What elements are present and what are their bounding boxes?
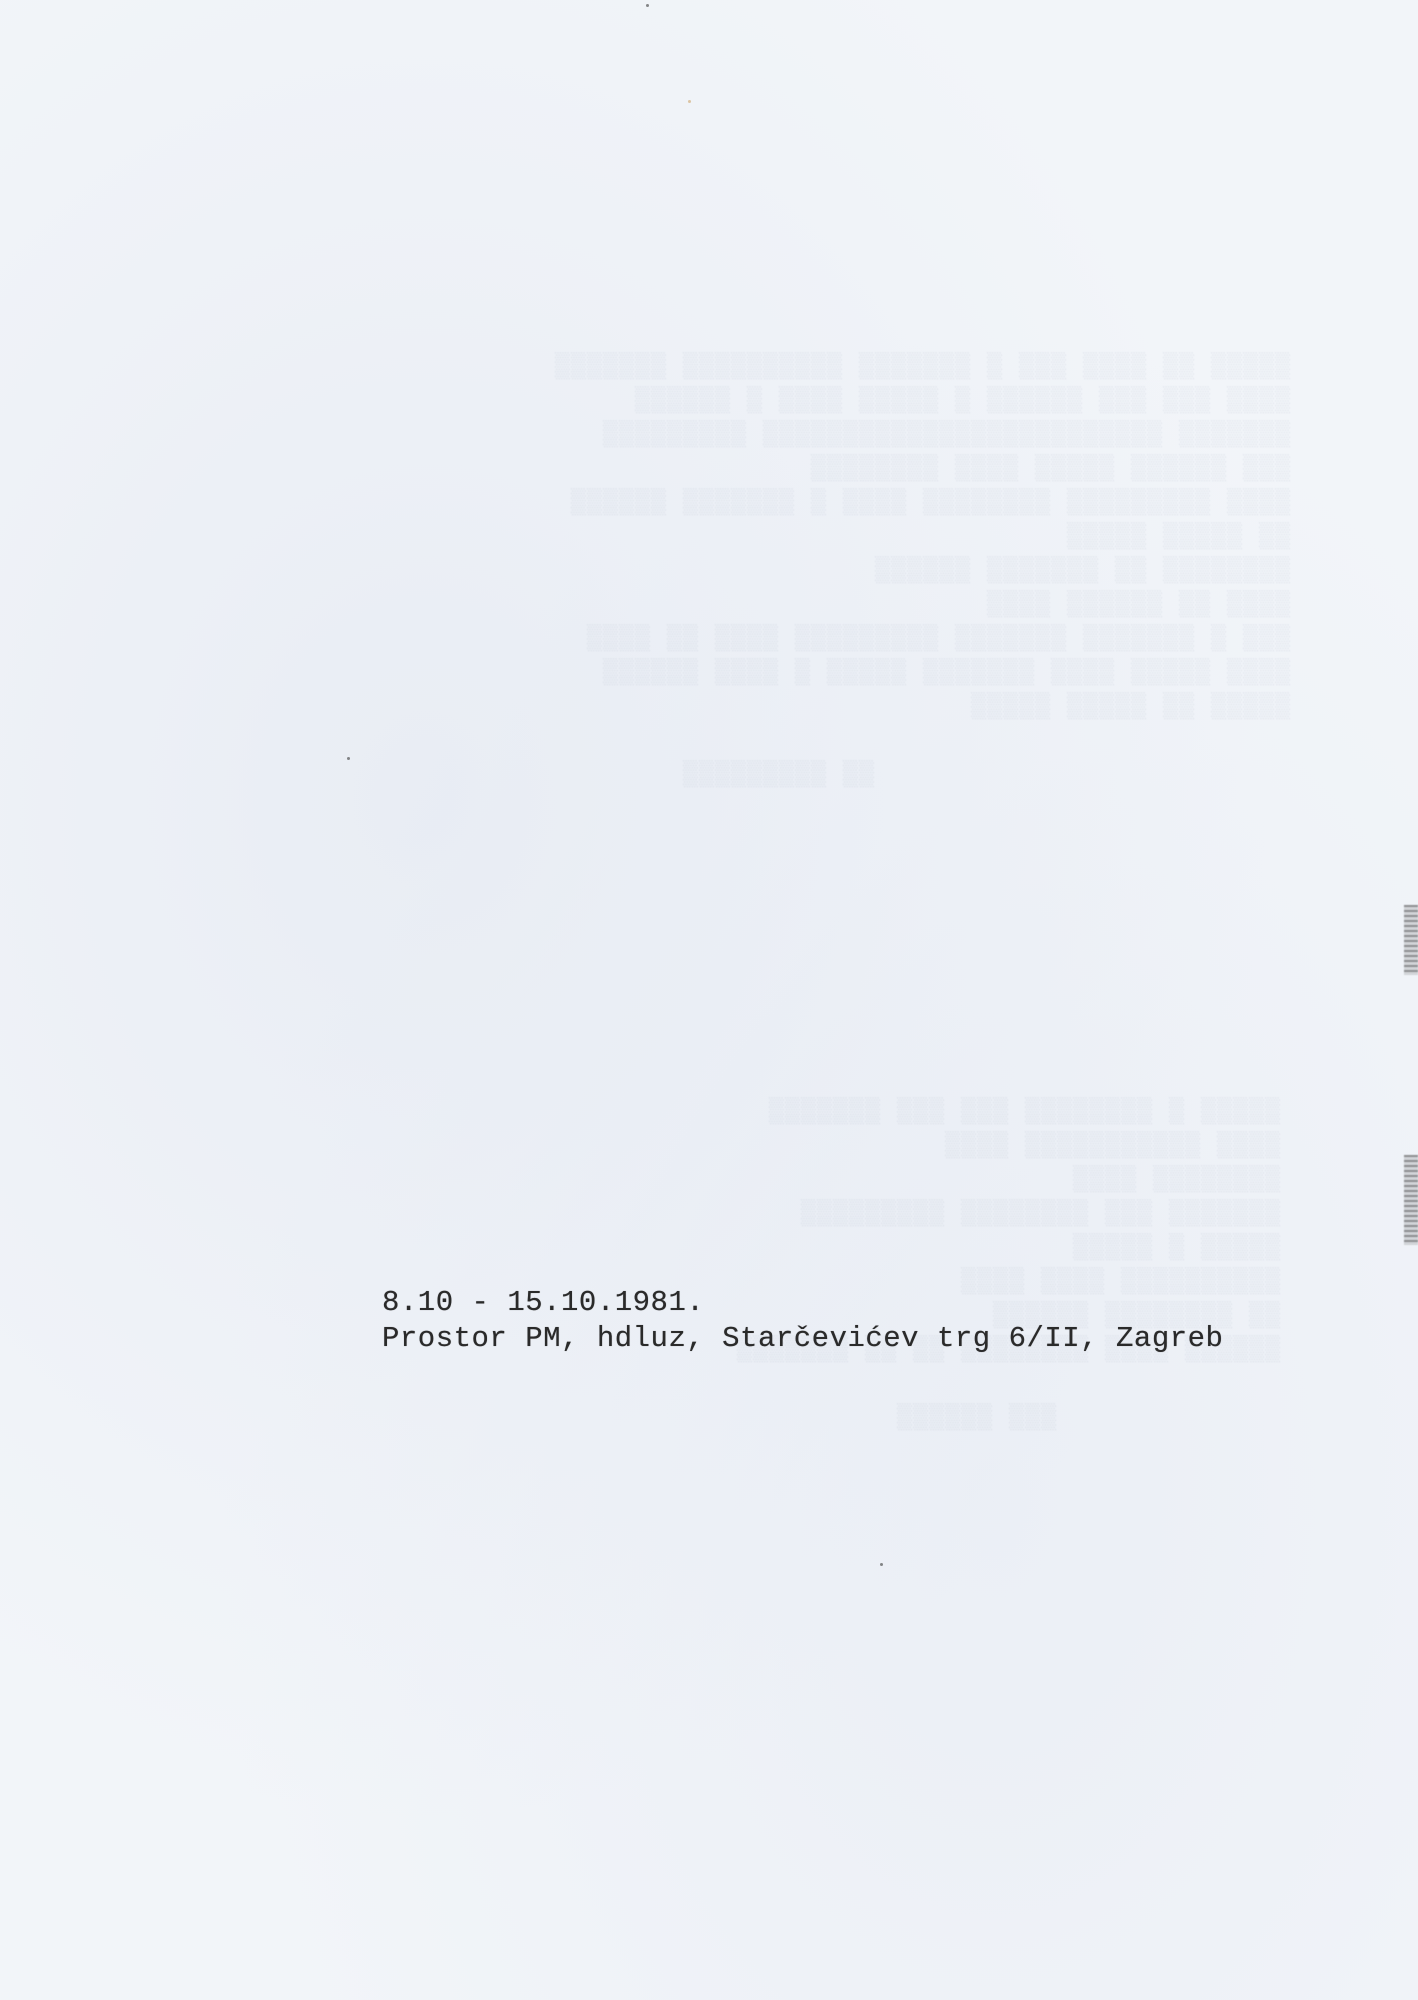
paper-speck <box>688 100 691 103</box>
scan-edge-mark <box>1404 905 1418 975</box>
bleed-through-text-upper: ▒▒▒▒▒ ▒▒ ▒▒▒▒ ▒▒▒ ▒ ▒▒▒▒▒▒▒ ▒▒▒▒▒▒▒▒▒▒ ▒… <box>130 350 1290 792</box>
paper-speck <box>347 757 350 760</box>
paper-speck <box>880 1563 883 1566</box>
scan-edge-mark <box>1404 1155 1418 1245</box>
typed-notice: 8.10 - 15.10.1981. Prostor PM, hdluz, St… <box>382 1285 1223 1357</box>
exhibition-venue: Prostor PM, hdluz, Starčevićev trg 6/II,… <box>382 1321 1223 1357</box>
paper-background <box>0 0 1418 2000</box>
bleed-through-text-lower: ▒▒▒▒▒ ▒ ▒▒▒▒▒▒▒▒ ▒▒▒ ▒▒▒ ▒▒▒▒▒▒▒ ▒▒▒▒ ▒▒… <box>380 1095 1280 1435</box>
exhibition-dates: 8.10 - 15.10.1981. <box>382 1285 1223 1321</box>
paper-speck <box>646 4 649 7</box>
